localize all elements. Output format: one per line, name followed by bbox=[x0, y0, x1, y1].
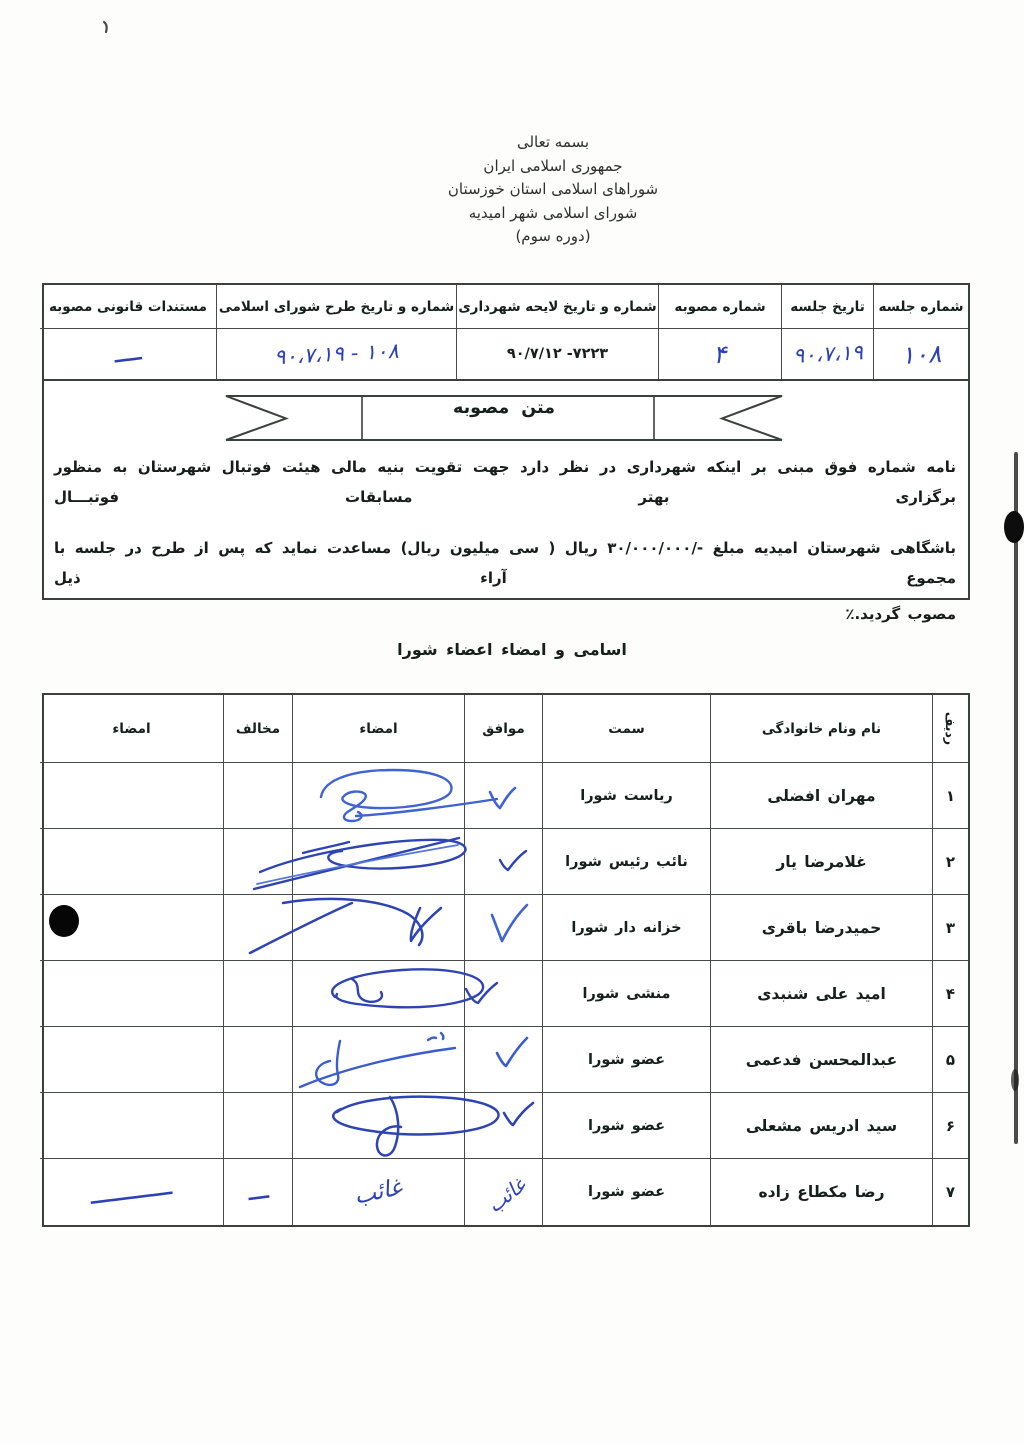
member-oppose-cell bbox=[223, 895, 292, 961]
resolution-line-2: باشگاهی شهرستان امیدیه مبلغ -/۳۰/۰۰۰/۰۰۰… bbox=[54, 533, 956, 593]
stray-pen-mark bbox=[104, 22, 107, 32]
letterhead-line-province-councils: شوراهای اسلامی استان خوزستان bbox=[283, 178, 823, 202]
meta-header-bill-no-date: شماره و تاریخ لایحه شهرداری bbox=[456, 285, 658, 329]
signature-dash: ــــــــــــ bbox=[91, 1187, 172, 1197]
absent-note: غائب bbox=[482, 1173, 530, 1218]
member-name: عبدالمحسن فدعمی bbox=[710, 1027, 932, 1093]
member-signature-cell bbox=[292, 763, 464, 829]
member-position: منشی شورا bbox=[542, 961, 710, 1027]
member-signature-cell bbox=[292, 961, 464, 1027]
col-header-oppose: مخالف bbox=[223, 695, 292, 763]
absent-note: غائب bbox=[352, 1174, 404, 1209]
member-agree-cell bbox=[464, 1093, 542, 1159]
member-name: سید ادریس مشعلی bbox=[710, 1093, 932, 1159]
member-row-no: ۲ bbox=[932, 829, 968, 895]
resolution-line-1: نامه شماره فوق مبنی بر اینکه شهرداری در … bbox=[54, 452, 956, 512]
member-agree-cell bbox=[464, 895, 542, 961]
member-signature2-cell bbox=[40, 895, 223, 961]
resolution-banner-title: متن مصوبه bbox=[362, 398, 646, 418]
meta-table: شماره جلسه تاریخ جلسه شماره مصوبه شماره … bbox=[42, 283, 970, 381]
member-signature2-cell bbox=[40, 763, 223, 829]
member-row-no: ۶ bbox=[932, 1093, 968, 1159]
members-section-title: اسامی و امضاء اعضاء شورا bbox=[312, 640, 712, 659]
meta-value-session-no: ۱۰۸ bbox=[873, 329, 968, 379]
meta-header-resolution-no: شماره مصوبه bbox=[658, 285, 781, 329]
meta-header-legal-docs: مستندات قانونی مصوبه bbox=[40, 285, 216, 329]
resolution-text: نامه شماره فوق مبنی بر اینکه شهرداری در … bbox=[54, 452, 956, 629]
scan-edge-strip bbox=[1014, 452, 1018, 1144]
meta-header-plan-no-date: شماره و تاریخ طرح شورای اسلامی bbox=[216, 285, 456, 329]
members-table: ردیف نام ونام خانوادگی سمت موافق امضاء م… bbox=[42, 693, 970, 1227]
member-position: عضو شورا bbox=[542, 1027, 710, 1093]
col-header-agree: موافق bbox=[464, 695, 542, 763]
member-row-no: ۷ bbox=[932, 1159, 968, 1225]
oppose-dash: ـــ bbox=[248, 1191, 268, 1194]
member-signature2-cell bbox=[40, 829, 223, 895]
member-row-no: ۱ bbox=[932, 763, 968, 829]
resolution-line-3: مصوب گردید.٪ bbox=[54, 599, 956, 629]
member-row-no: ۴ bbox=[932, 961, 968, 1027]
member-signature2-cell: ــــــــــــ bbox=[40, 1159, 223, 1225]
meta-value-plan-no-date: ۹۰،۷،۱۹ - ۱۰۸ bbox=[216, 329, 456, 379]
letterhead: بسمه تعالی جمهوری اسلامی ایران شوراهای ا… bbox=[283, 131, 823, 249]
col-header-position: سمت bbox=[542, 695, 710, 763]
letterhead-line-term: (دوره سوم) bbox=[283, 225, 823, 249]
meta-header-session-no: شماره جلسه bbox=[873, 285, 968, 329]
member-agree-cell bbox=[464, 961, 542, 1027]
member-position: نائب رئیس شورا bbox=[542, 829, 710, 895]
col-header-signature: امضاء bbox=[292, 695, 464, 763]
scan-edge-blot-small bbox=[1011, 1069, 1019, 1091]
member-position: عضو شورا bbox=[542, 1093, 710, 1159]
member-agree-cell: غائب bbox=[464, 1159, 542, 1225]
member-row-no: ۵ bbox=[932, 1027, 968, 1093]
member-signature2-cell bbox=[40, 1093, 223, 1159]
member-name: مهران افضلی bbox=[710, 763, 932, 829]
member-signature2-cell bbox=[40, 961, 223, 1027]
member-oppose-cell bbox=[223, 829, 292, 895]
member-agree-cell bbox=[464, 829, 542, 895]
member-agree-cell bbox=[464, 763, 542, 829]
meta-value-bill-no-date: ۹۰/۷/۱۲ -۷۲۲۳ bbox=[456, 329, 658, 379]
member-name: حمیدرضا باقری bbox=[710, 895, 932, 961]
letterhead-line-city-council: شورای اسلامی شهر امیدیه bbox=[283, 202, 823, 226]
letterhead-line-republic: جمهوری اسلامی ایران bbox=[283, 155, 823, 179]
meta-value-session-date: ۹۰،۷،۱۹ bbox=[781, 329, 873, 379]
col-header-name: نام ونام خانوادگی bbox=[710, 695, 932, 763]
member-oppose-cell bbox=[223, 961, 292, 1027]
scanned-council-resolution-document: بسمه تعالی جمهوری اسلامی ایران شوراهای ا… bbox=[0, 0, 1024, 1443]
member-signature-cell bbox=[292, 1027, 464, 1093]
member-name: رضا مکطاع زاده bbox=[710, 1159, 932, 1225]
meta-value-legal-docs: ــــ bbox=[40, 329, 216, 379]
member-position: خزانه دار شورا bbox=[542, 895, 710, 961]
scan-edge-blot bbox=[1004, 511, 1024, 543]
member-oppose-cell bbox=[223, 763, 292, 829]
meta-value-resolution-no: ۴ bbox=[658, 329, 781, 379]
member-oppose-cell bbox=[223, 1027, 292, 1093]
member-signature-cell bbox=[292, 1093, 464, 1159]
member-name: امید علی شنبدی bbox=[710, 961, 932, 1027]
member-oppose-cell: ـــ bbox=[223, 1159, 292, 1225]
member-signature-cell bbox=[292, 829, 464, 895]
member-row-no: ۳ bbox=[932, 895, 968, 961]
letterhead-line-bismillah: بسمه تعالی bbox=[283, 131, 823, 155]
col-header-signature-2: امضاء bbox=[40, 695, 223, 763]
member-signature2-cell bbox=[40, 1027, 223, 1093]
meta-header-session-date: تاریخ جلسه bbox=[781, 285, 873, 329]
member-agree-cell bbox=[464, 1027, 542, 1093]
member-position: عضو شورا bbox=[542, 1159, 710, 1225]
col-header-row-no: ردیف bbox=[932, 695, 968, 763]
member-signature-cell: غائب bbox=[292, 1159, 464, 1225]
member-signature-cell bbox=[292, 895, 464, 961]
member-name: غلامرضا یار bbox=[710, 829, 932, 895]
member-oppose-cell bbox=[223, 1093, 292, 1159]
member-position: ریاست شورا bbox=[542, 763, 710, 829]
